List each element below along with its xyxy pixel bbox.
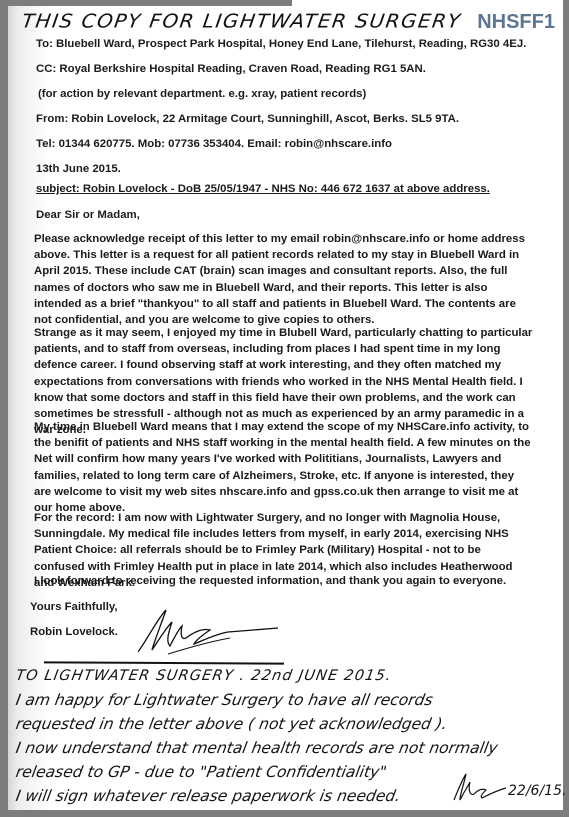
- handwritten-note-line: I am happy for Lightwater Surgery to hav…: [14, 691, 557, 709]
- signature-icon: [138, 608, 288, 656]
- contact-details: Tel: 01344 620775. Mob: 07736 353404. Em…: [36, 138, 392, 150]
- letter-date: 13th June 2015.: [36, 163, 121, 175]
- handwritten-note-line: requested in the letter above ( not yet …: [14, 715, 557, 733]
- salutation: Dear Sir or Madam,: [36, 209, 140, 221]
- paragraph-scope: My time in Bluebell Ward means that I ma…: [34, 419, 534, 516]
- to-address: To: Bluebell Ward, Prospect Park Hospita…: [36, 38, 526, 50]
- paragraph-request: Please acknowledge receipt of this lette…: [34, 231, 534, 328]
- paragraph-closing: I look forward to receiving the requeste…: [34, 573, 534, 589]
- from-address: From: Robin Lovelock, 22 Armitage Court,…: [36, 113, 459, 125]
- handwritten-header: THIS COPY FOR LIGHTWATER SURGERY: [20, 10, 463, 33]
- handwritten-note-line: TO LIGHTWATER SURGERY . 22nd JUNE 2015.: [15, 668, 558, 684]
- closing-phrase: Yours Faithfully,: [30, 601, 118, 613]
- handwritten-note-line: I will sign whatever release paperwork i…: [14, 787, 447, 805]
- handwritten-date: 22/6/15.: [508, 783, 566, 799]
- subject-line: subject: Robin Lovelock - DoB 25/05/1947…: [36, 183, 490, 195]
- initials-signature-icon: [452, 772, 508, 802]
- handwritten-note-line: I now understand that mental health reco…: [14, 739, 557, 757]
- action-note: (for action by relevant department. e.g.…: [38, 88, 366, 100]
- cc-address: CC: Royal Berkshire Hospital Reading, Cr…: [36, 63, 426, 75]
- page-edge: [292, 0, 563, 8]
- form-code-label: NHSFF1: [477, 11, 555, 34]
- signatory-name: Robin Lovelock.: [30, 626, 118, 638]
